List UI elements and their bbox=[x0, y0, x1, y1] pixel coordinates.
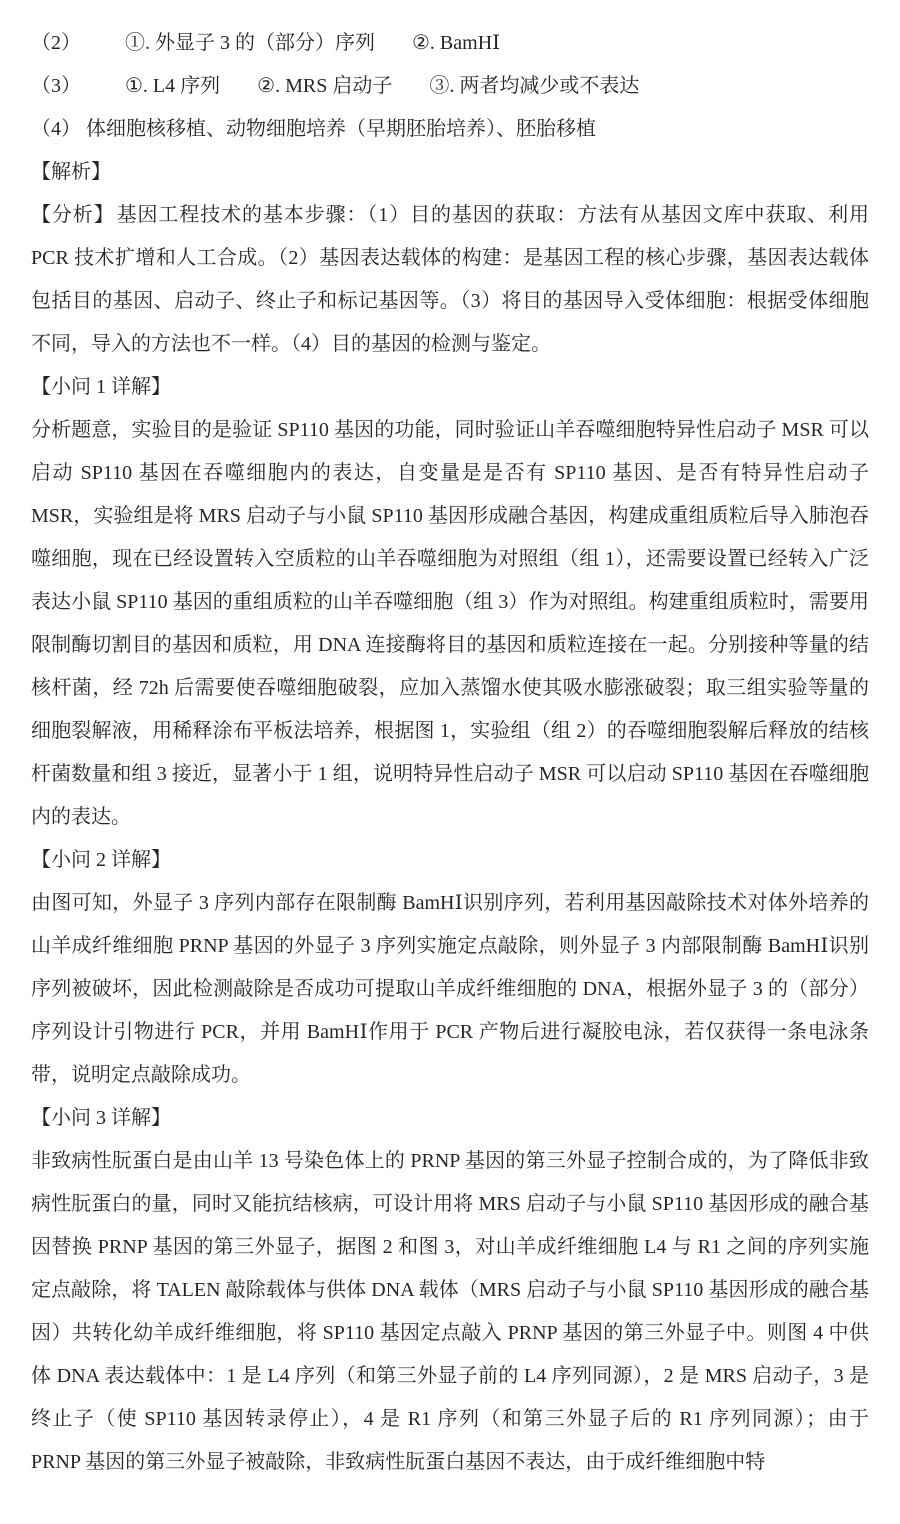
answer-line-3: （3）①. L4 序列②. MRS 启动子③. 两者均减少或不表达 bbox=[31, 65, 869, 108]
subq1-heading: 【小问 1 详解】 bbox=[31, 366, 869, 409]
answer-3-item-3: ③. 两者均减少或不表达 bbox=[429, 75, 639, 97]
section-heading-jiexi: 【解析】 bbox=[31, 151, 869, 194]
answer-3-item-1: ①. L4 序列 bbox=[125, 75, 220, 97]
analysis-paragraph: 【分析】基因工程技术的基本步骤：（1）目的基因的获取：方法有从基因文库中获取、利… bbox=[31, 194, 869, 366]
answer-4-prefix: （4） bbox=[31, 118, 81, 140]
subq3-text: 非致病性朊蛋白是由山羊 13 号染色体上的 PRNP 基因的第三外显子控制合成的… bbox=[31, 1150, 869, 1473]
subq3-paragraph: 非致病性朊蛋白是由山羊 13 号染色体上的 PRNP 基因的第三外显子控制合成的… bbox=[31, 1140, 869, 1484]
subq2-paragraph: 由图可知，外显子 3 序列内部存在限制酶 BamHⅠ识别序列，若利用基因敲除技术… bbox=[31, 882, 869, 1097]
analysis-text: 基因工程技术的基本步骤：（1）目的基因的获取：方法有从基因文库中获取、利用 PC… bbox=[31, 204, 869, 355]
answer-3-item-2: ②. MRS 启动子 bbox=[257, 75, 392, 97]
subq3-heading: 【小问 3 详解】 bbox=[31, 1097, 869, 1140]
answer-2-prefix: （2） bbox=[31, 32, 81, 54]
subq2-heading: 【小问 2 详解】 bbox=[31, 839, 869, 882]
subq1-paragraph: 分析题意，实验目的是验证 SP110 基因的功能，同时验证山羊吞噬细胞特异性启动… bbox=[31, 409, 869, 839]
answer-line-2: （2）①. 外显子 3 的（部分）序列②. BamHⅠ bbox=[31, 22, 869, 65]
answer-4-text: 体细胞核移植、动物细胞培养（早期胚胎培养）、胚胎移植 bbox=[86, 118, 596, 140]
document-page: （2）①. 外显子 3 的（部分）序列②. BamHⅠ （3）①. L4 序列②… bbox=[0, 0, 900, 1524]
answer-line-4: （4）体细胞核移植、动物细胞培养（早期胚胎培养）、胚胎移植 bbox=[31, 108, 869, 151]
answer-3-prefix: （3） bbox=[31, 75, 81, 97]
subq2-text: 由图可知，外显子 3 序列内部存在限制酶 BamHⅠ识别序列，若利用基因敲除技术… bbox=[31, 892, 869, 1086]
subq1-text: 分析题意，实验目的是验证 SP110 基因的功能，同时验证山羊吞噬细胞特异性启动… bbox=[31, 419, 869, 828]
analysis-inline-heading: 【分析】 bbox=[31, 204, 115, 226]
answer-2-item-1: ①. 外显子 3 的（部分）序列 bbox=[125, 32, 375, 54]
answer-2-item-2: ②. BamHⅠ bbox=[412, 32, 500, 54]
